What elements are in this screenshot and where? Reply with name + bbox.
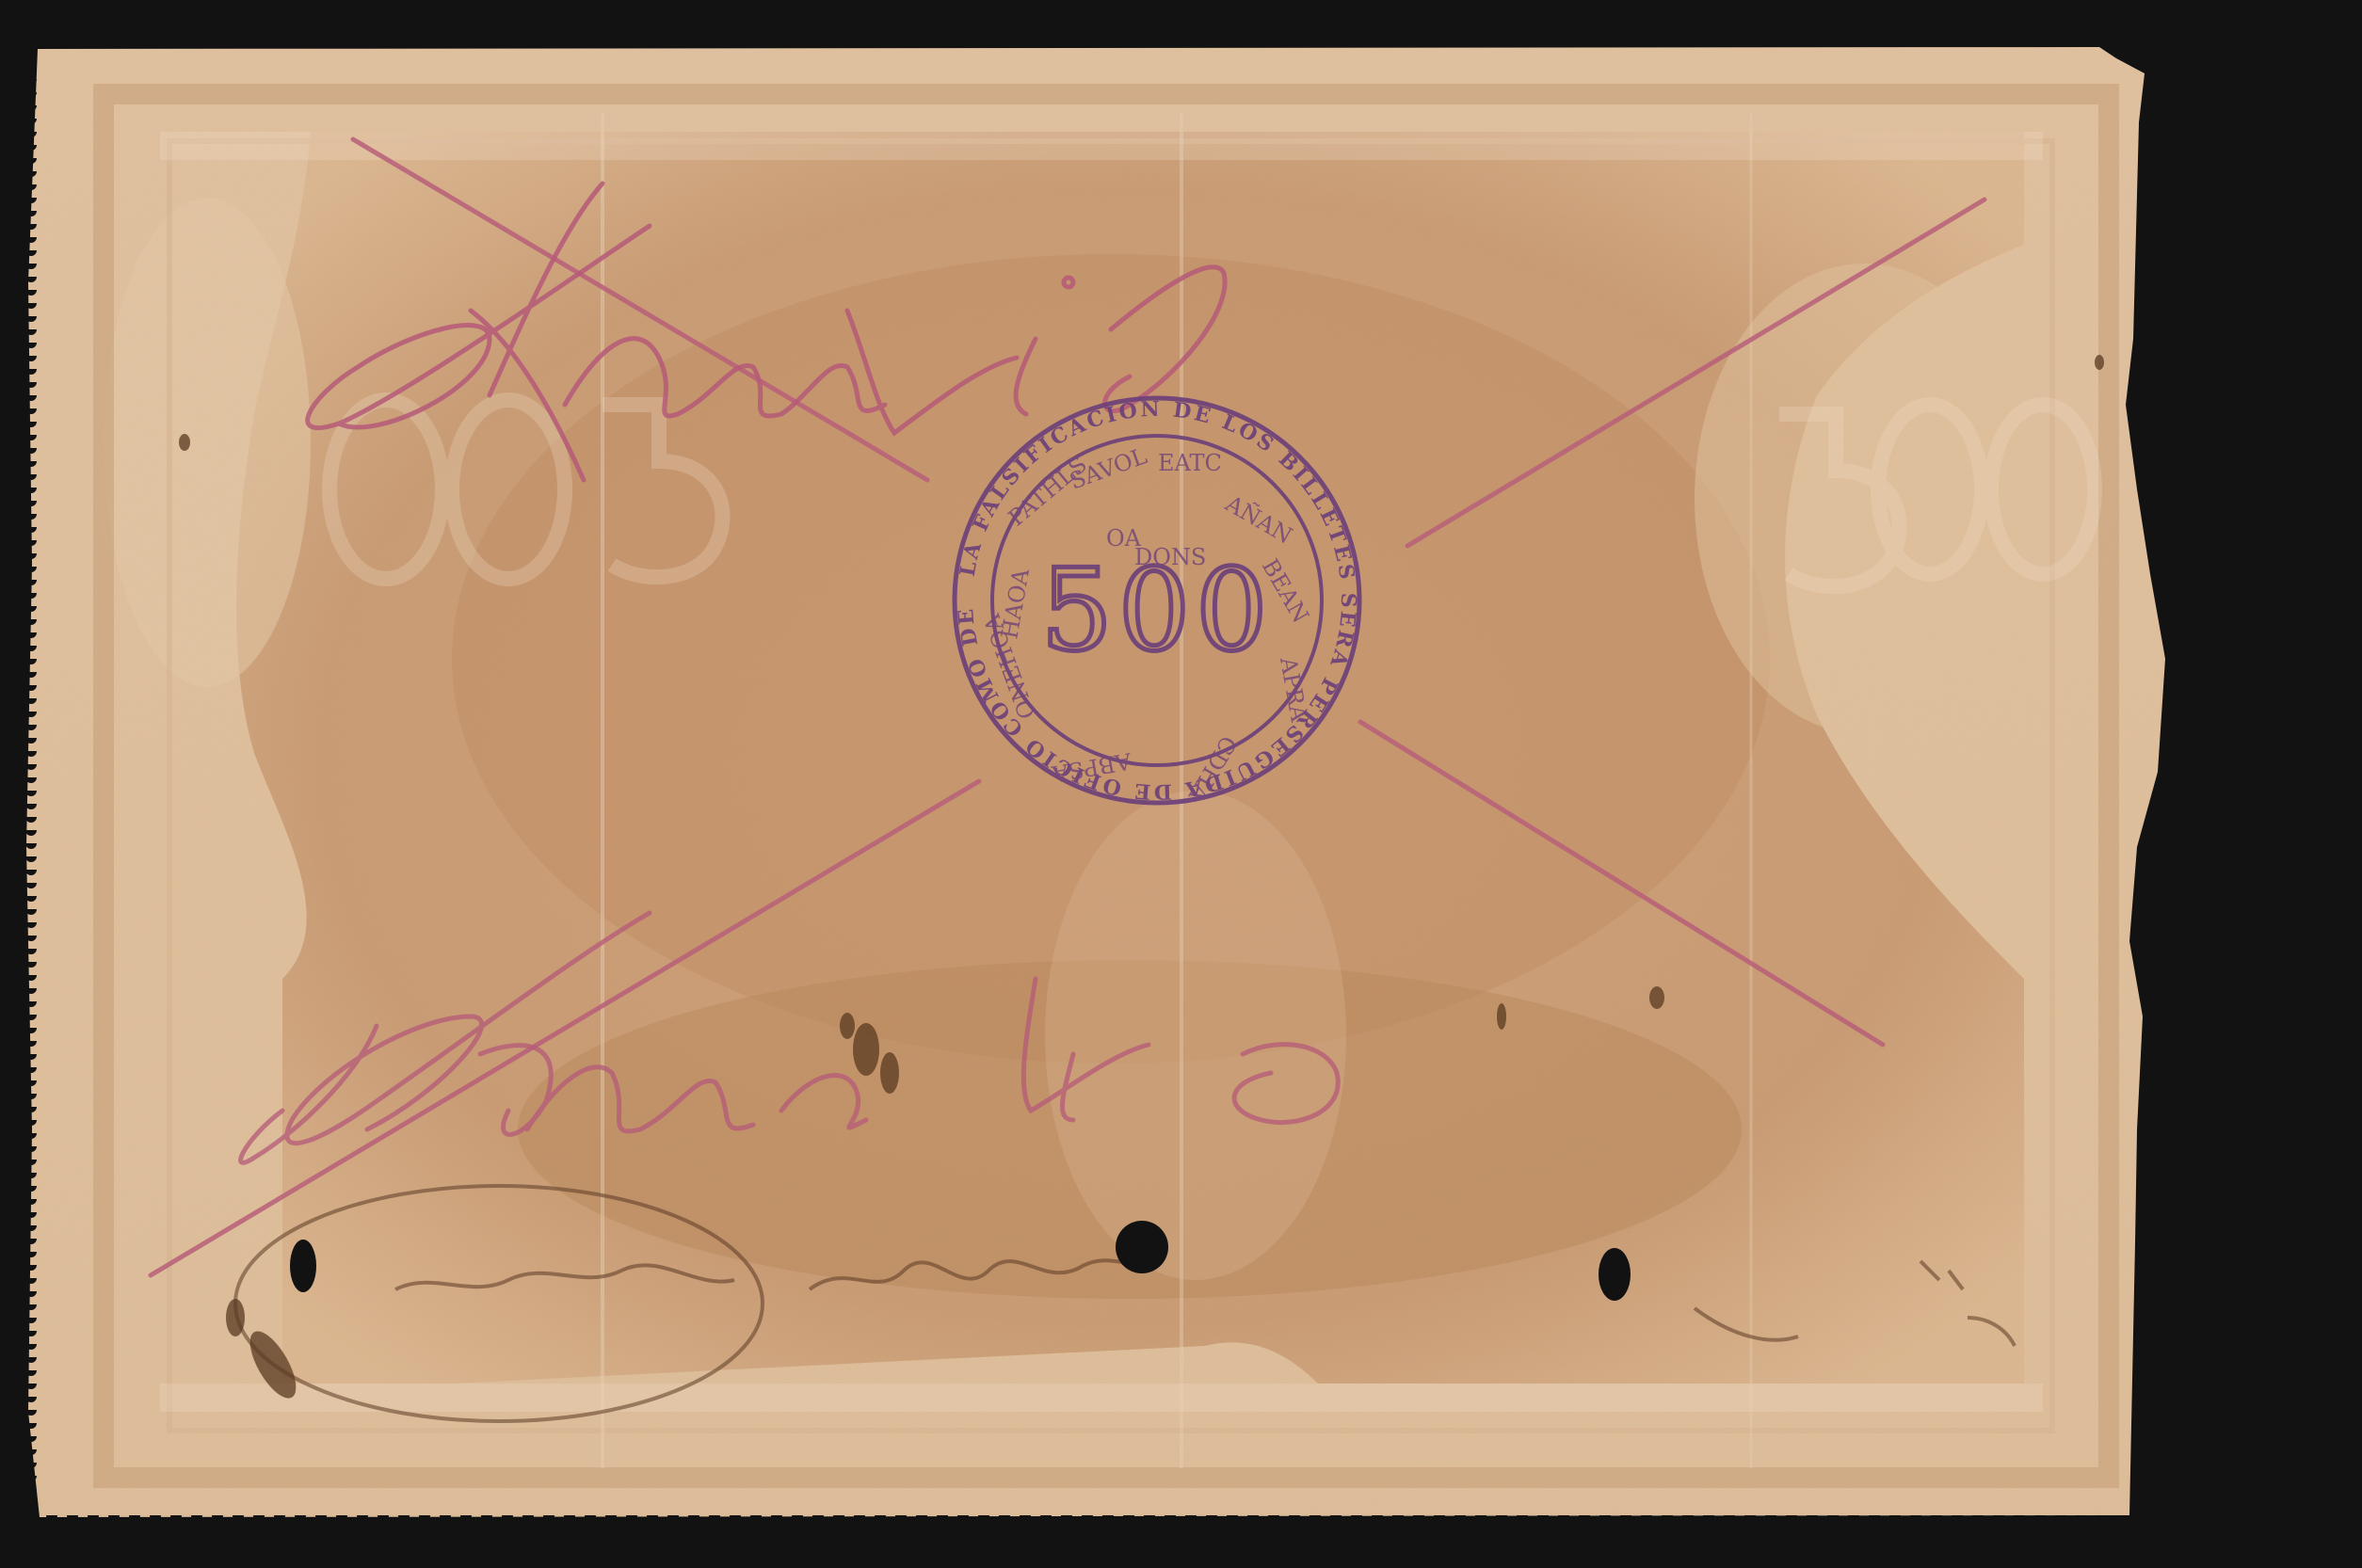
banknote-photo: LA FALSIFICACION DE LOS BILLETES SERA PE… xyxy=(0,0,2362,1568)
perforation-top xyxy=(38,38,2109,51)
stamp-denomination: 500 xyxy=(1040,546,1273,677)
punch-hole-3 xyxy=(1599,1248,1631,1301)
perforation-left xyxy=(26,47,40,1515)
punch-hole-2 xyxy=(1116,1221,1168,1273)
banknote-artwork: LA FALSIFICACION DE LOS BILLETES SERA PE… xyxy=(0,0,2362,1568)
perforation-bottom xyxy=(38,1513,2128,1527)
punch-hole-1 xyxy=(290,1240,316,1292)
svg-text:EATC: EATC xyxy=(1158,450,1222,476)
